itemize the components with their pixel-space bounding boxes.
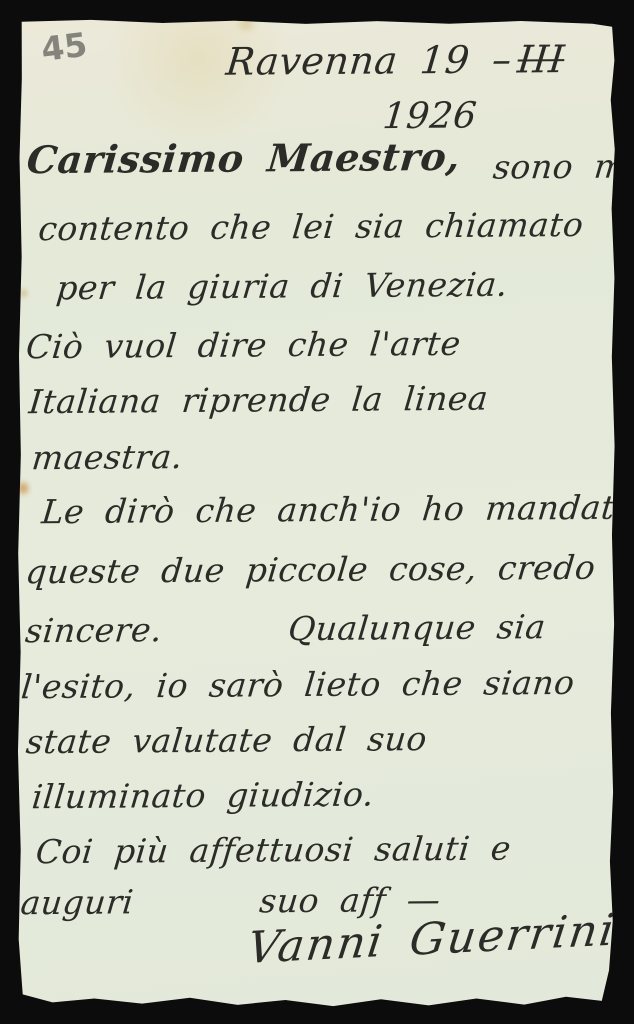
scan-background: 45 Ravenna 19 –III 1926 Carissimo Maestr… — [0, 0, 634, 1024]
body-line: sincere. Qualunque sia — [24, 607, 548, 650]
dateline-place-day: Ravenna 19 – — [224, 38, 514, 84]
salutation: Carissimo Maestro, — [25, 134, 463, 182]
body-line: queste due piccole cose, credo — [24, 548, 598, 591]
salutation-row: Carissimo Maestro,sono molto — [25, 132, 634, 182]
dateline: Ravenna 19 –III — [224, 37, 566, 84]
archive-number: 45 — [39, 25, 89, 69]
body-line: sono molto — [491, 146, 634, 187]
body-line: state valutate dal suo — [24, 719, 429, 761]
body-line: per la giuria di Venezia. — [55, 265, 510, 308]
dateline-year: 1926 — [381, 95, 479, 137]
letter-page: 45 Ravenna 19 –III 1926 Carissimo Maestr… — [17, 19, 617, 1010]
body-line: illuminato giudizio. — [30, 775, 376, 817]
paper-stain — [19, 287, 29, 299]
paper-stain — [16, 479, 30, 497]
body-line: maestra. — [30, 437, 185, 477]
body-line: contento che lei sia chiamato — [37, 205, 586, 248]
dateline-month-struck: III — [516, 37, 567, 81]
body-line: Ciò vuol dire che l'arte — [24, 324, 462, 366]
body-line: Le dirò che anch'io ho mandato — [40, 488, 634, 532]
paper-stain — [233, 16, 259, 32]
body-line: l'esito, io sarò lieto che siano — [19, 663, 576, 706]
body-line: Italiana riprende la linea — [27, 379, 490, 422]
body-line: Coi più affettuosi saluti e — [34, 829, 513, 872]
